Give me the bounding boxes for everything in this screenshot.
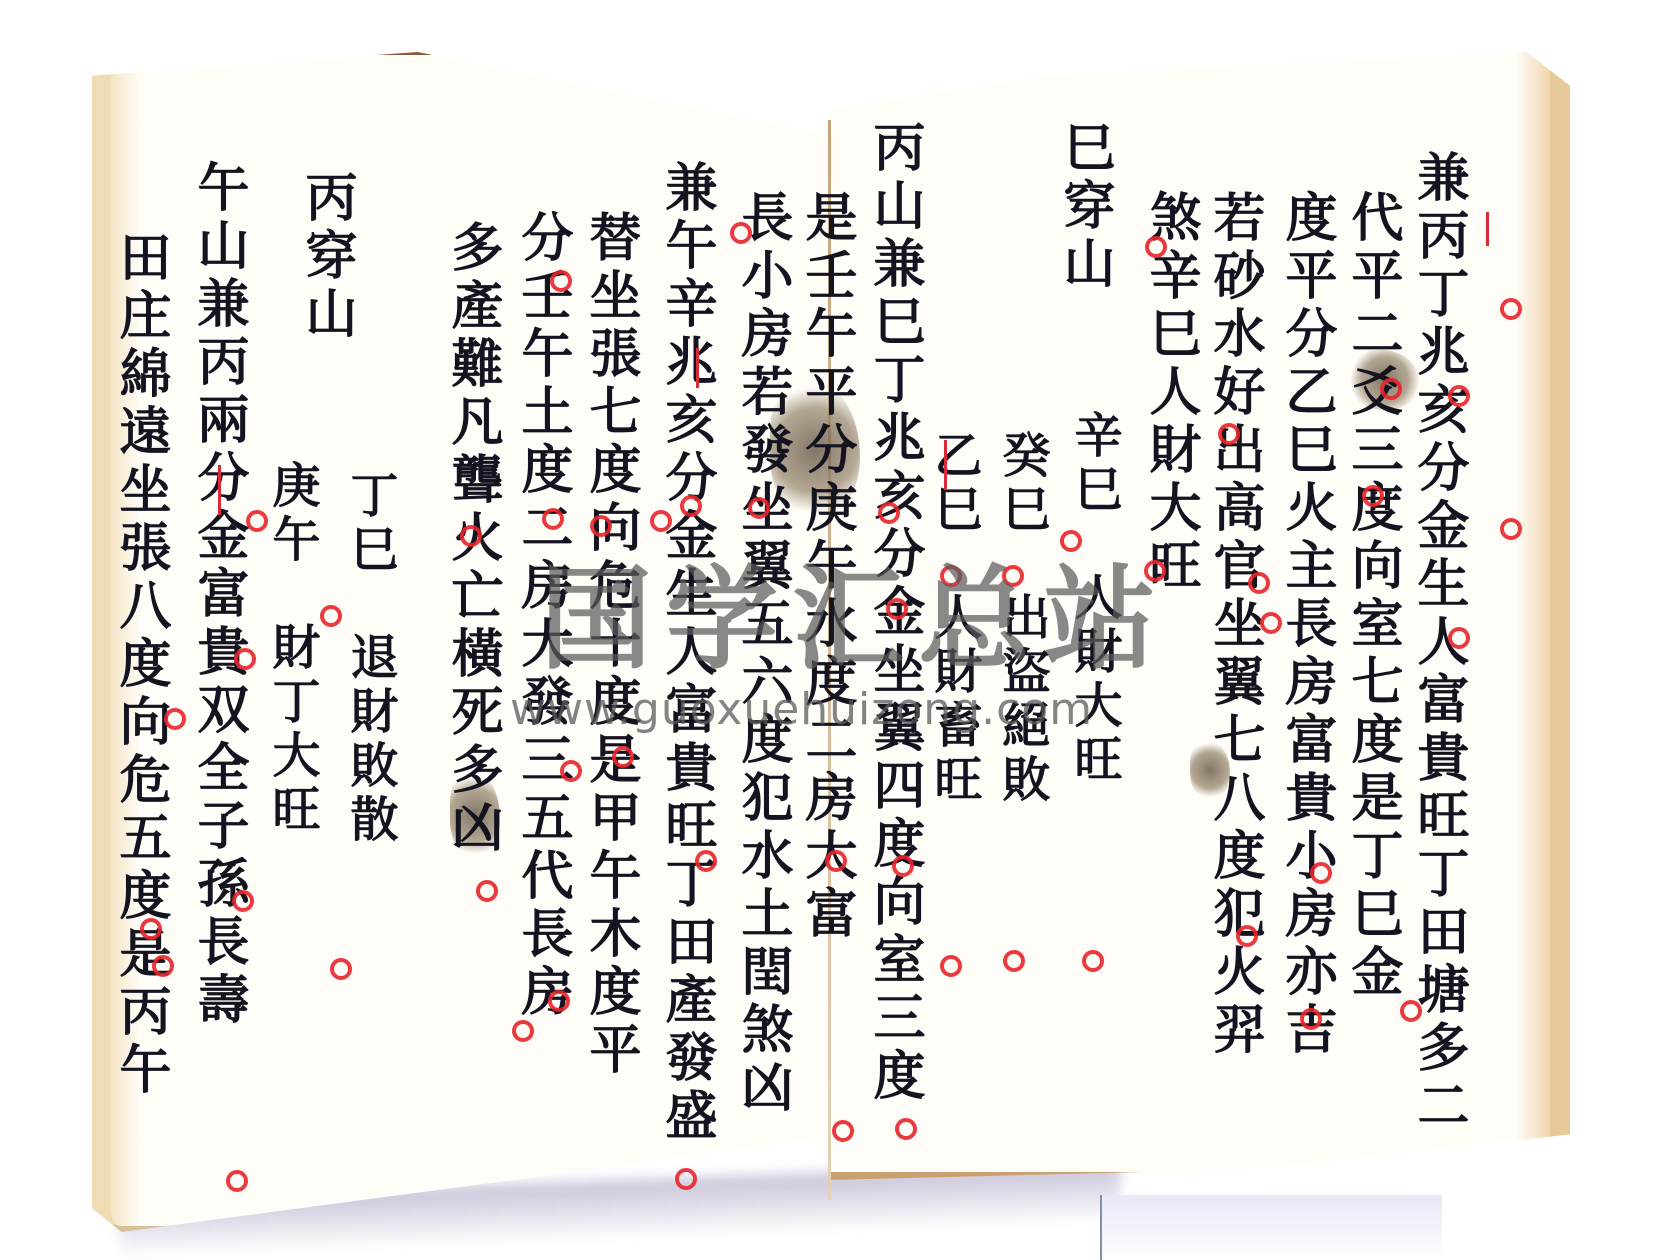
red-punctuation-circle [226, 1170, 248, 1192]
red-punctuation-circle [895, 1118, 917, 1140]
red-punctuation-circle [1260, 612, 1282, 634]
red-punctuation-circle [1448, 385, 1470, 407]
red-punctuation-circle [152, 955, 174, 977]
red-punctuation-circle [560, 760, 582, 782]
red-punctuation-circle [748, 497, 770, 519]
red-punctuation-circle [1236, 925, 1258, 947]
red-punctuation-circle [1300, 1008, 1322, 1030]
red-annotation-line [1486, 212, 1489, 246]
text-column-r2: 代平二爻三度向室七度是丁巳金 [1346, 190, 1398, 1002]
red-punctuation-circle [680, 495, 702, 517]
open-manuscript: 兼丙丁兆亥分金生人富貴旺丁田塘多二 代平二爻三度向室七度是丁巳金 度平分乙巳火主… [0, 0, 1680, 1260]
red-punctuation-circle [940, 955, 962, 977]
red-punctuation-circle [1145, 236, 1167, 258]
red-punctuation-circle [612, 746, 634, 768]
red-punctuation-circle [246, 510, 268, 532]
watermark-url: www.guoxuehuizong.com [510, 684, 1093, 735]
red-punctuation-circle [695, 850, 717, 872]
red-punctuation-circle [512, 1020, 534, 1042]
red-punctuation-circle [650, 510, 672, 532]
underlying-sheet [1100, 1195, 1442, 1260]
red-punctuation-circle [1248, 572, 1270, 594]
red-punctuation-circle [320, 605, 342, 627]
red-punctuation-circle [232, 890, 254, 912]
red-punctuation-circle [892, 855, 914, 877]
red-punctuation-circle [825, 850, 847, 872]
red-punctuation-circle [460, 525, 482, 547]
text-column-r3: 度平分乙巳火主長房富貴小房亦吉 [1280, 190, 1332, 1060]
red-annotation-line [218, 465, 221, 515]
red-punctuation-circle [1003, 950, 1025, 972]
red-punctuation-circle [476, 880, 498, 902]
watermark-title: 国学汇总站 [540, 530, 1170, 691]
red-punctuation-circle [550, 270, 572, 292]
red-punctuation-circle [234, 648, 256, 670]
red-punctuation-circle [1500, 518, 1522, 540]
red-punctuation-circle [542, 508, 564, 530]
section-heading-bing-chuan-shan: 丙穿山 [300, 170, 352, 344]
section-heading-si-chuan-shan: 巳穿山 [1058, 120, 1110, 294]
red-punctuation-circle [1500, 298, 1522, 320]
red-punctuation-circle [164, 708, 186, 730]
red-annotation-line [944, 440, 947, 490]
red-punctuation-circle [1082, 950, 1104, 972]
text-column-l8: 庚午 財丁大旺 [268, 460, 316, 838]
red-punctuation-circle [140, 918, 162, 940]
red-punctuation-circle [1218, 423, 1240, 445]
red-punctuation-circle [1362, 485, 1384, 507]
red-punctuation-circle [878, 502, 900, 524]
red-punctuation-circle [1448, 627, 1470, 649]
text-column-l7: 丁巳 退財敗散 [346, 470, 394, 848]
red-punctuation-circle [832, 1120, 854, 1142]
red-annotation-line [696, 348, 699, 388]
red-punctuation-circle [1400, 1000, 1422, 1022]
red-punctuation-circle [548, 990, 570, 1012]
red-punctuation-circle [1310, 862, 1332, 884]
red-punctuation-circle [730, 222, 752, 244]
red-punctuation-circle [330, 958, 352, 980]
red-punctuation-circle [1380, 378, 1402, 400]
red-punctuation-circle [675, 1168, 697, 1190]
